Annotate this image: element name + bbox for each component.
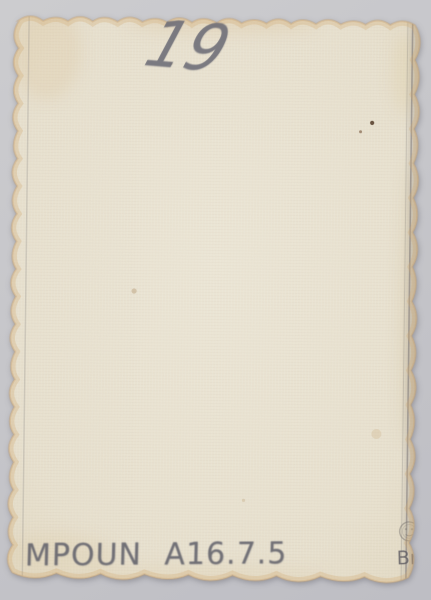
deckled-photo-paper: Br — [5, 9, 426, 588]
photo-verso: Br 19 MPOUN A16.7.5 — [5, 9, 426, 588]
scanner-background: { "photo_verso": { "handwritten_number":… — [0, 0, 431, 600]
paper-brand-text: Br — [397, 547, 419, 569]
